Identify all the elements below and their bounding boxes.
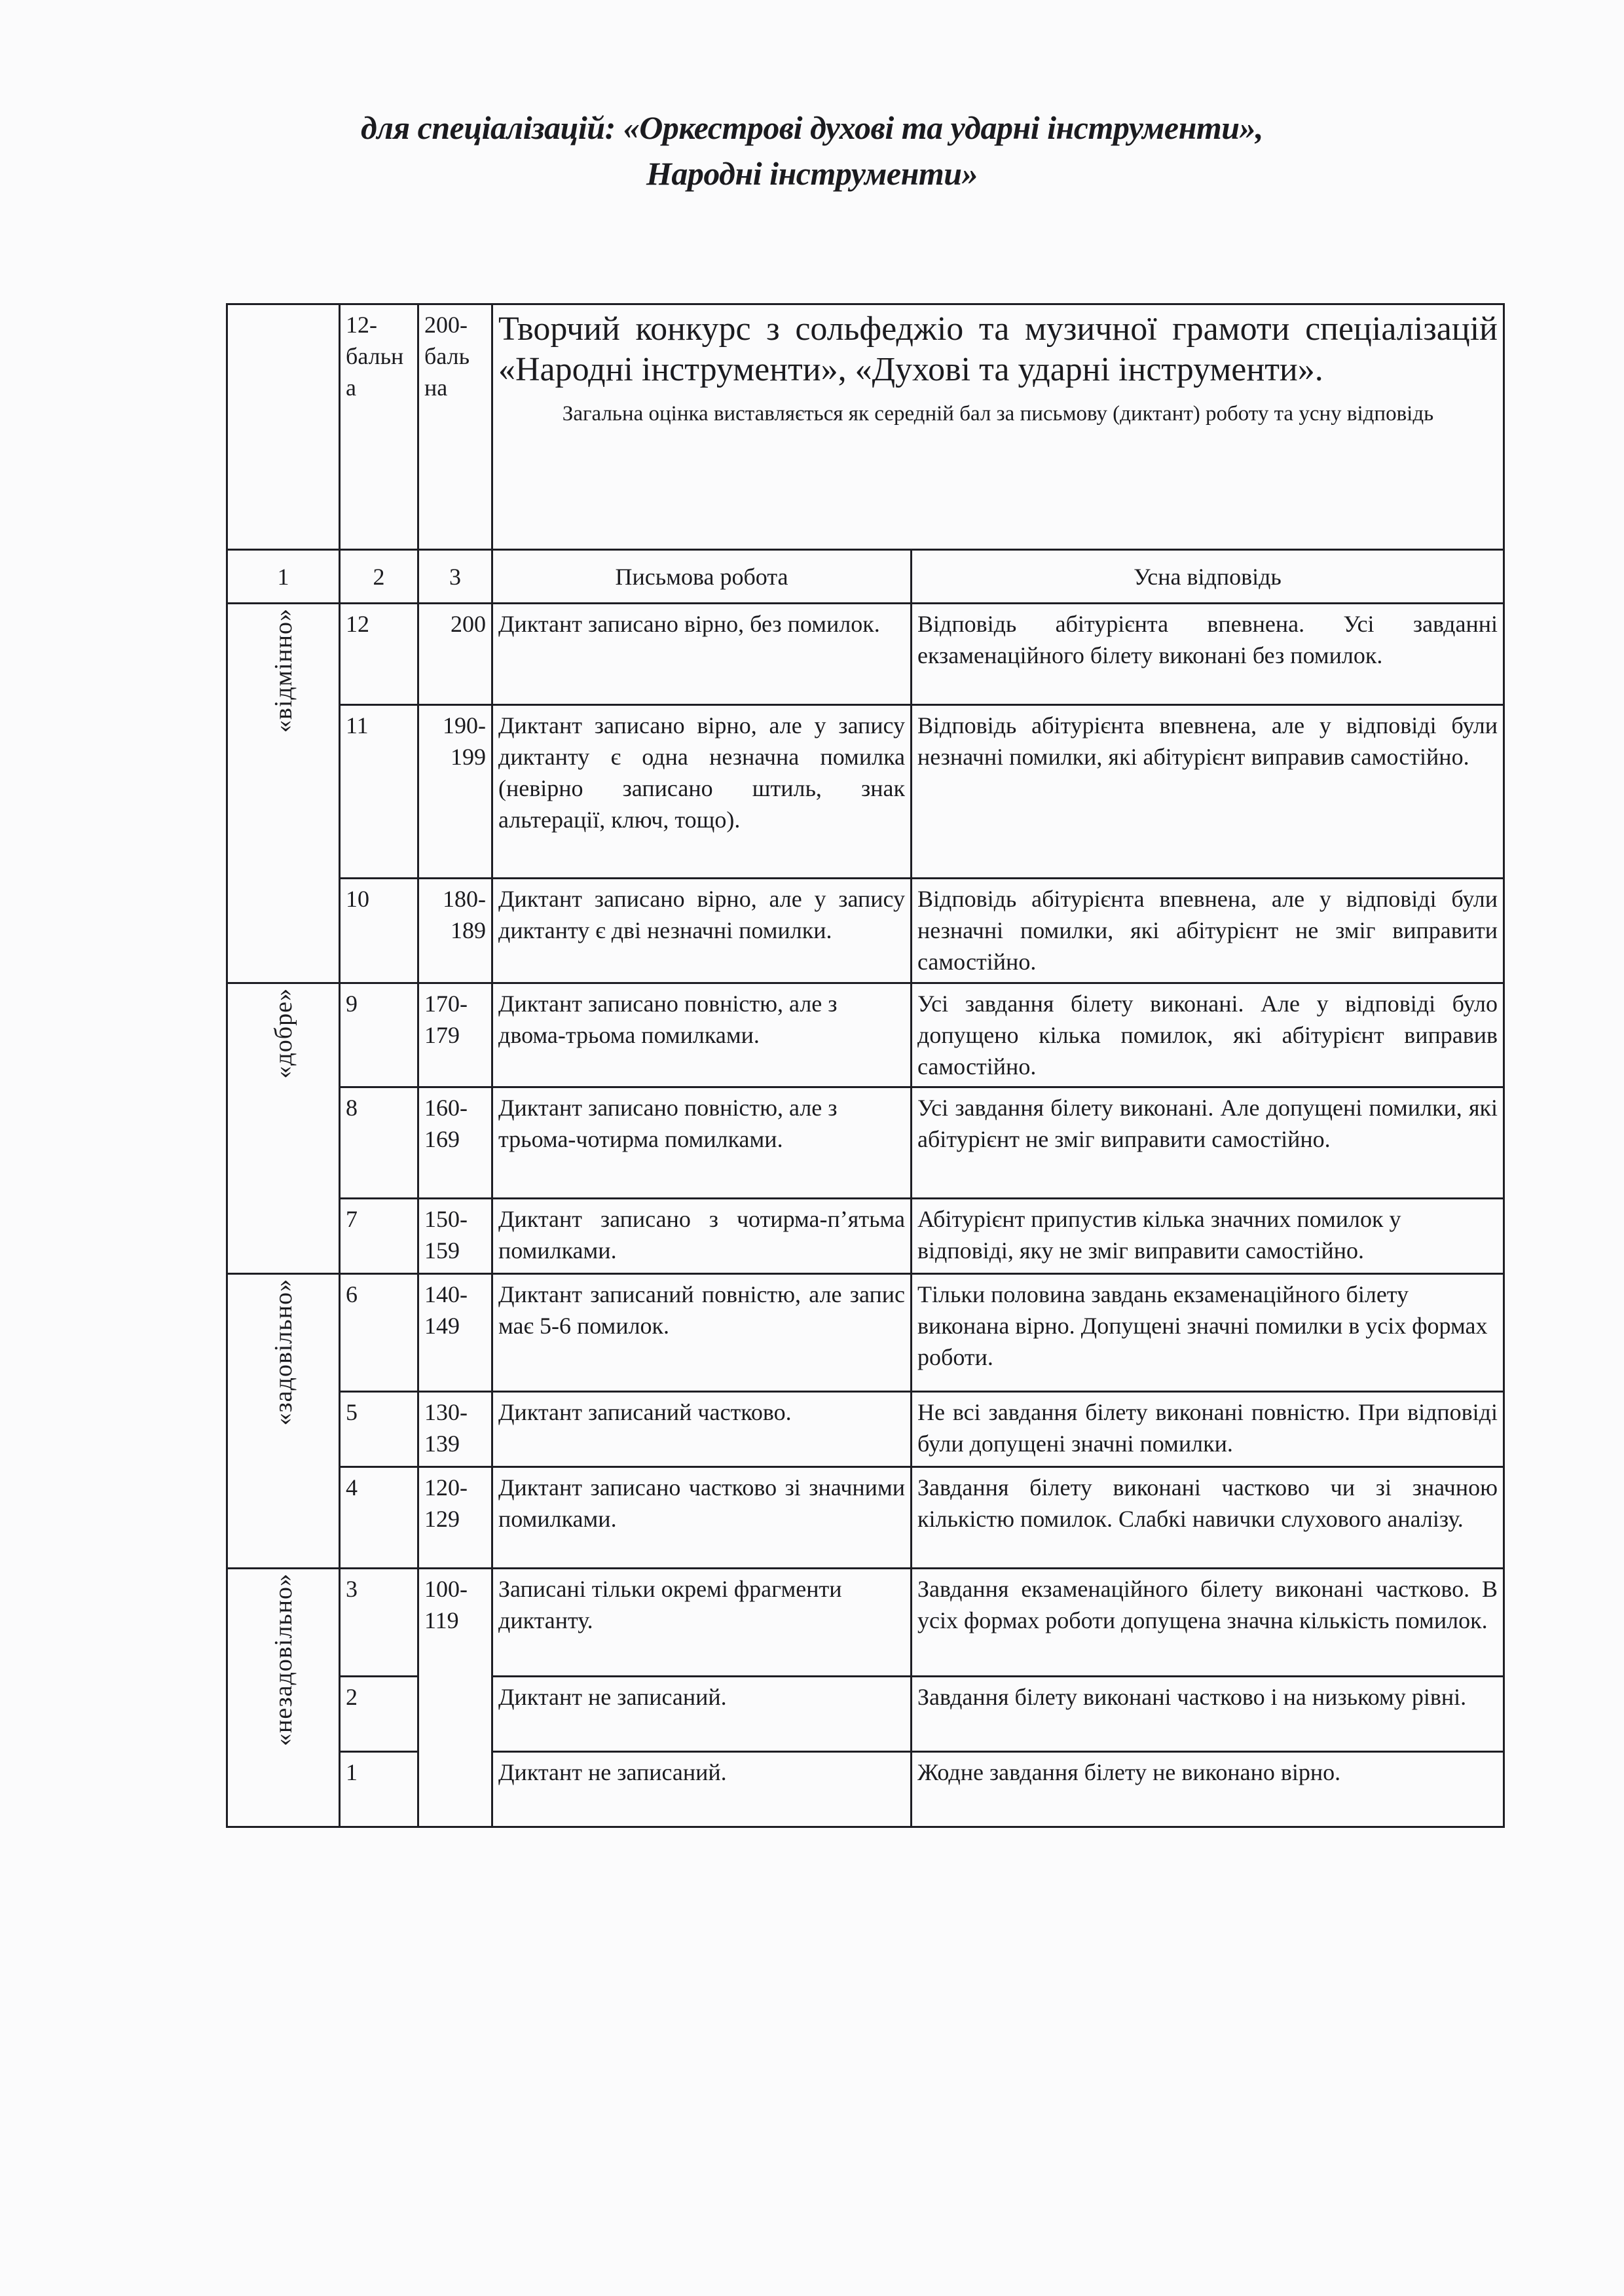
score-200: 160-169 [418, 1087, 492, 1199]
oral-criteria: Відповідь абітурієнта впевнена, але у ві… [912, 879, 1504, 983]
oral-criteria: Абітурієнт припустив кілька значних поми… [912, 1199, 1504, 1274]
page-title: для спеціалізацій: «Оркестрові духові та… [0, 105, 1624, 196]
score-12: 7 [340, 1199, 418, 1274]
grade-group-good: «добре» [227, 983, 340, 1274]
score-200: 190-199 [418, 705, 492, 879]
written-criteria: Записані тільки окремі фрагменти диктант… [492, 1569, 912, 1677]
written-criteria: Диктант записано з чотирма-п’ятьма помил… [492, 1199, 912, 1274]
header-200-point-scale: 200- баль на [418, 304, 492, 550]
written-criteria: Диктант записаний частково. [492, 1392, 912, 1467]
page-title-line-1: для спеціалізацій: «Оркестрові духові та… [0, 105, 1624, 151]
score-200: 130-139 [418, 1392, 492, 1467]
column-number-1: 1 [227, 550, 340, 604]
written-criteria: Диктант записано вірно, але у запису дик… [492, 705, 912, 879]
header-title: Творчий конкурс з сольфеджіо та музичної… [498, 309, 1498, 390]
table-row: 8 160-169 Диктант записано повністю, але… [227, 1087, 1504, 1199]
table-row: 10 180-189 Диктант записано вірно, але у… [227, 879, 1504, 983]
oral-criteria: Завдання білету виконані частково і на н… [912, 1677, 1504, 1752]
score-200-merged: 100-119 [418, 1569, 492, 1827]
page-title-line-2: Народні інструменти» [0, 151, 1624, 196]
grade-group-label: «добре» [268, 988, 299, 1079]
oral-criteria: Усі завдання білету виконані. Але допуще… [912, 1087, 1504, 1199]
oral-criteria: Відповідь абітурієнта впевнена, але у ві… [912, 705, 1504, 879]
column-title-oral: Усна відповідь [912, 550, 1504, 604]
column-number-2: 2 [340, 550, 418, 604]
score-200: 170-179 [418, 983, 492, 1087]
grade-group-label: «незадовільно» [268, 1573, 299, 1746]
written-criteria: Диктант записано вірно, але у запису дик… [492, 879, 912, 983]
grade-group-excellent: «відмінно» [227, 604, 340, 983]
table-row: «незадовільно» 3 100-119 Записані тільки… [227, 1569, 1504, 1677]
written-criteria: Диктант записано повністю, але з трьома-… [492, 1087, 912, 1199]
score-12: 2 [340, 1677, 418, 1752]
table-row: 7 150-159 Диктант записано з чотирма-п’я… [227, 1199, 1504, 1274]
grade-group-unsatisfactory: «незадовільно» [227, 1569, 340, 1827]
oral-criteria: Не всі завдання білету виконані повністю… [912, 1392, 1504, 1467]
written-criteria: Диктант не записаний. [492, 1752, 912, 1827]
table-row: «добре» 9 170-179 Диктант записано повні… [227, 983, 1504, 1087]
oral-criteria: Завдання екзаменаційного білету виконані… [912, 1569, 1504, 1677]
score-200: 140-149 [418, 1274, 492, 1392]
score-12: 3 [340, 1569, 418, 1677]
score-12: 5 [340, 1392, 418, 1467]
score-12: 4 [340, 1467, 418, 1569]
written-criteria: Диктант записано повністю, але з двома-т… [492, 983, 912, 1087]
oral-criteria: Жодне завдання білету не виконано вірно. [912, 1752, 1504, 1827]
written-criteria: Диктант записано частково зі значними по… [492, 1467, 912, 1569]
header-12-point-scale: 12- бальн а [340, 304, 418, 550]
score-12: 6 [340, 1274, 418, 1392]
score-12: 9 [340, 983, 418, 1087]
table-row: «відмінно» 12 200 Диктант записано вірно… [227, 604, 1504, 705]
oral-criteria: Завдання білету виконані частково чи зі … [912, 1467, 1504, 1569]
score-12: 10 [340, 879, 418, 983]
written-criteria: Диктант не записаний. [492, 1677, 912, 1752]
header-note: Загальна оцінка виставляється як середні… [498, 395, 1498, 432]
header-grade-cell [227, 304, 340, 550]
grade-group-label: «відмінно» [268, 608, 299, 733]
written-criteria: Диктант записано вірно, без помилок. [492, 604, 912, 705]
table-row: 5 130-139 Диктант записаний частково. Не… [227, 1392, 1504, 1467]
table-row: 4 120-129 Диктант записано частково зі з… [227, 1467, 1504, 1569]
score-12: 12 [340, 604, 418, 705]
score-200: 120-129 [418, 1467, 492, 1569]
score-200: 180-189 [418, 879, 492, 983]
column-title-written: Письмова робота [492, 550, 912, 604]
oral-criteria: Відповідь абітурієнта впевнена. Усі завд… [912, 604, 1504, 705]
written-criteria: Диктант записаний повністю, але запис ма… [492, 1274, 912, 1392]
column-number-3: 3 [418, 550, 492, 604]
grade-group-satisfactory: «задовільно» [227, 1274, 340, 1569]
grading-criteria-table: 12- бальн а 200- баль на Творчий конкурс… [226, 303, 1505, 1828]
score-12: 1 [340, 1752, 418, 1827]
oral-criteria: Усі завдання білету виконані. Але у відп… [912, 983, 1504, 1087]
oral-criteria: Тільки половина завдань екзаменаційного … [912, 1274, 1504, 1392]
table-header-row: 12- бальн а 200- баль на Творчий конкурс… [227, 304, 1504, 550]
score-12: 8 [340, 1087, 418, 1199]
score-200: 200 [418, 604, 492, 705]
table-row: 11 190-199 Диктант записано вірно, але у… [227, 705, 1504, 879]
header-main-cell: Творчий конкурс з сольфеджіо та музичної… [492, 304, 1504, 550]
score-12: 11 [340, 705, 418, 879]
score-200: 150-159 [418, 1199, 492, 1274]
grade-group-label: «задовільно» [268, 1279, 299, 1425]
column-number-row: 1 2 3 Письмова робота Усна відповідь [227, 550, 1504, 604]
table-row: «задовільно» 6 140-149 Диктант записаний… [227, 1274, 1504, 1392]
